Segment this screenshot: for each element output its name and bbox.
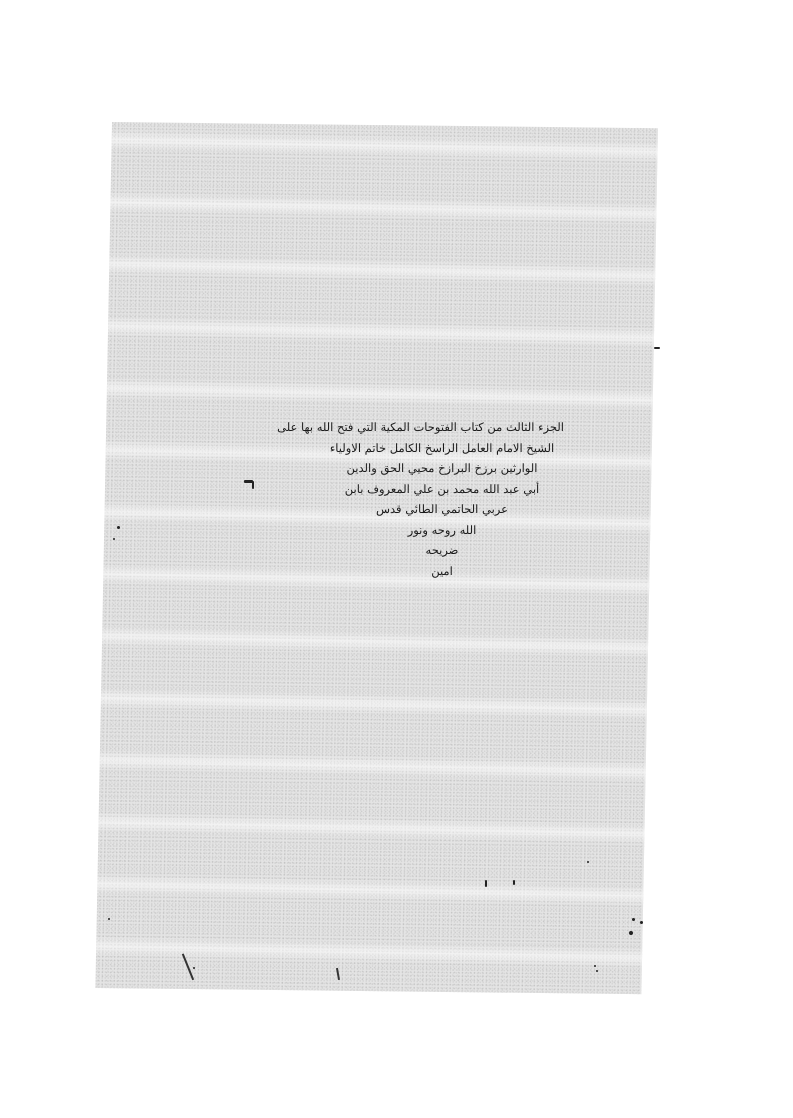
ink-speck [113,538,115,540]
ink-speck [629,931,633,935]
title-line-7: ضريحه [320,540,564,561]
ink-speck [117,526,120,529]
ink-speck [594,965,596,967]
ink-speck [632,918,635,921]
ink-speck [513,880,515,885]
ink-speck [485,880,487,887]
title-line-1: الجزء الثالث من كتاب الفتوحات المكية الت… [320,417,564,438]
ink-speck [596,970,598,972]
ink-speck [193,967,195,969]
ink-speck [587,861,589,863]
ink-speck [640,921,643,924]
title-line-3: الوارثين برزخ البرازخ محيي الحق والدين [320,458,564,479]
title-line-2: الشيخ الامام العامل الراسخ الكامل خاتم ا… [320,438,564,459]
ink-speck [252,481,254,489]
title-line-6: الله روحه ونور [320,520,564,541]
title-line-4: أبي عبد الله محمد بن علي المعروف بابن [320,479,564,500]
title-line-5: عربي الحاتمي الطائي قدس [320,499,564,520]
title-text-block: الجزء الثالث من كتاب الفتوحات المكية الت… [320,417,564,581]
ink-speck [108,918,110,920]
ink-speck [654,347,660,349]
title-line-8: امين [320,561,564,582]
